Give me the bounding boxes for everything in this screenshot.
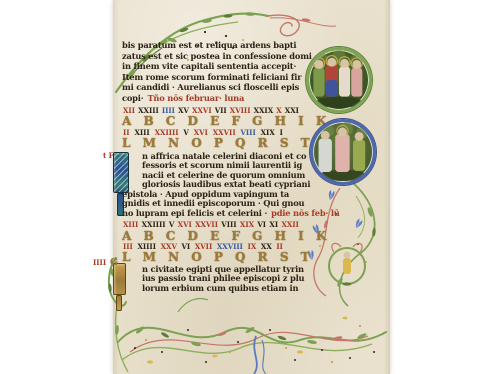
marginal-note-numeral: IIIIG <box>93 258 118 268</box>
latin-text-block-3: n civitate egipti que appellatur tyrin i… <box>122 265 334 294</box>
calendar-numeral: XXVII <box>195 221 218 229</box>
calendar-numeral: VI <box>257 221 266 229</box>
saint-figure-pink <box>351 68 362 97</box>
text-line: Item rome scorum forminati feliciani fir <box>122 72 334 83</box>
calendar-numeral: XVI <box>178 221 192 229</box>
calendar-rubric-february-2: pdie nōs feb· lū <box>271 208 339 218</box>
calendar-numeral: XIX <box>240 221 254 229</box>
illuminated-initial-gold-tail <box>116 295 122 311</box>
miniature-roundel-top <box>306 47 372 113</box>
text-line: in finem vite capitali sententia accepit… <box>122 61 334 72</box>
saint-figure-green <box>313 68 324 97</box>
text-line: lorum erbium cum quibus etiam in <box>122 284 334 294</box>
text-line-with-rubric: copi·Tño nōs februar· luna <box>122 93 334 104</box>
marginal-gold-letter: G <box>110 258 118 268</box>
calendar-numeral: XXII <box>281 221 298 229</box>
figure-green <box>353 140 365 171</box>
saints-group-miniature <box>309 50 369 110</box>
marginal-note-red: t F <box>103 151 114 160</box>
text-line: mi candidi · Aurelianus sci floscelli ep… <box>122 82 334 93</box>
miniature-roundel-middle <box>310 119 376 185</box>
calendar-numeral: V <box>169 221 174 229</box>
latin-text-block-2: n affrica natale celerini diaconi et co … <box>122 152 334 219</box>
text-line: bis paratum est et reliqua ardens bapti <box>122 40 334 51</box>
text-line-with-rubric: no lupram epi felicis et celerini ·pdie … <box>122 209 334 219</box>
golden-letters-row: A B C D E F G H I K <box>122 115 327 128</box>
figure-grey <box>319 139 332 172</box>
manuscript-photo: bis paratum est et reliqua ardens bapti … <box>0 0 500 374</box>
golden-letters-row: L M N O P Q R S T <box>122 137 310 150</box>
text-line: zatus est et sic postea in confessione d… <box>122 51 334 62</box>
latin-text-block-1: bis paratum est et reliqua ardens bapti … <box>122 40 334 103</box>
marginal-numeral: IIII <box>93 258 106 267</box>
calendar-numeral: XIII <box>123 221 138 229</box>
saint-figure-white <box>339 67 350 97</box>
roman-numerals-row: XIIIXXIIIIVXVIXXVIIVIIIXIXVIXIXXII <box>123 221 299 229</box>
text-line: copi· <box>122 93 143 103</box>
figure-pink <box>335 134 349 172</box>
calendar-numeral: XI <box>269 221 278 229</box>
text-line: no lupram epi felicis et celerini · <box>122 208 267 218</box>
golden-letters-row: A B C D E F G H I K <box>122 230 327 243</box>
calendar-numeral: XXIIII <box>142 221 166 229</box>
calendar-numeral: VIII <box>221 221 236 229</box>
saints-scene-miniature <box>313 122 373 182</box>
calendar-rubric-february: Tño nōs februar· luna <box>147 93 244 103</box>
golden-letters-row: L M N O P Q R S T <box>122 251 310 264</box>
